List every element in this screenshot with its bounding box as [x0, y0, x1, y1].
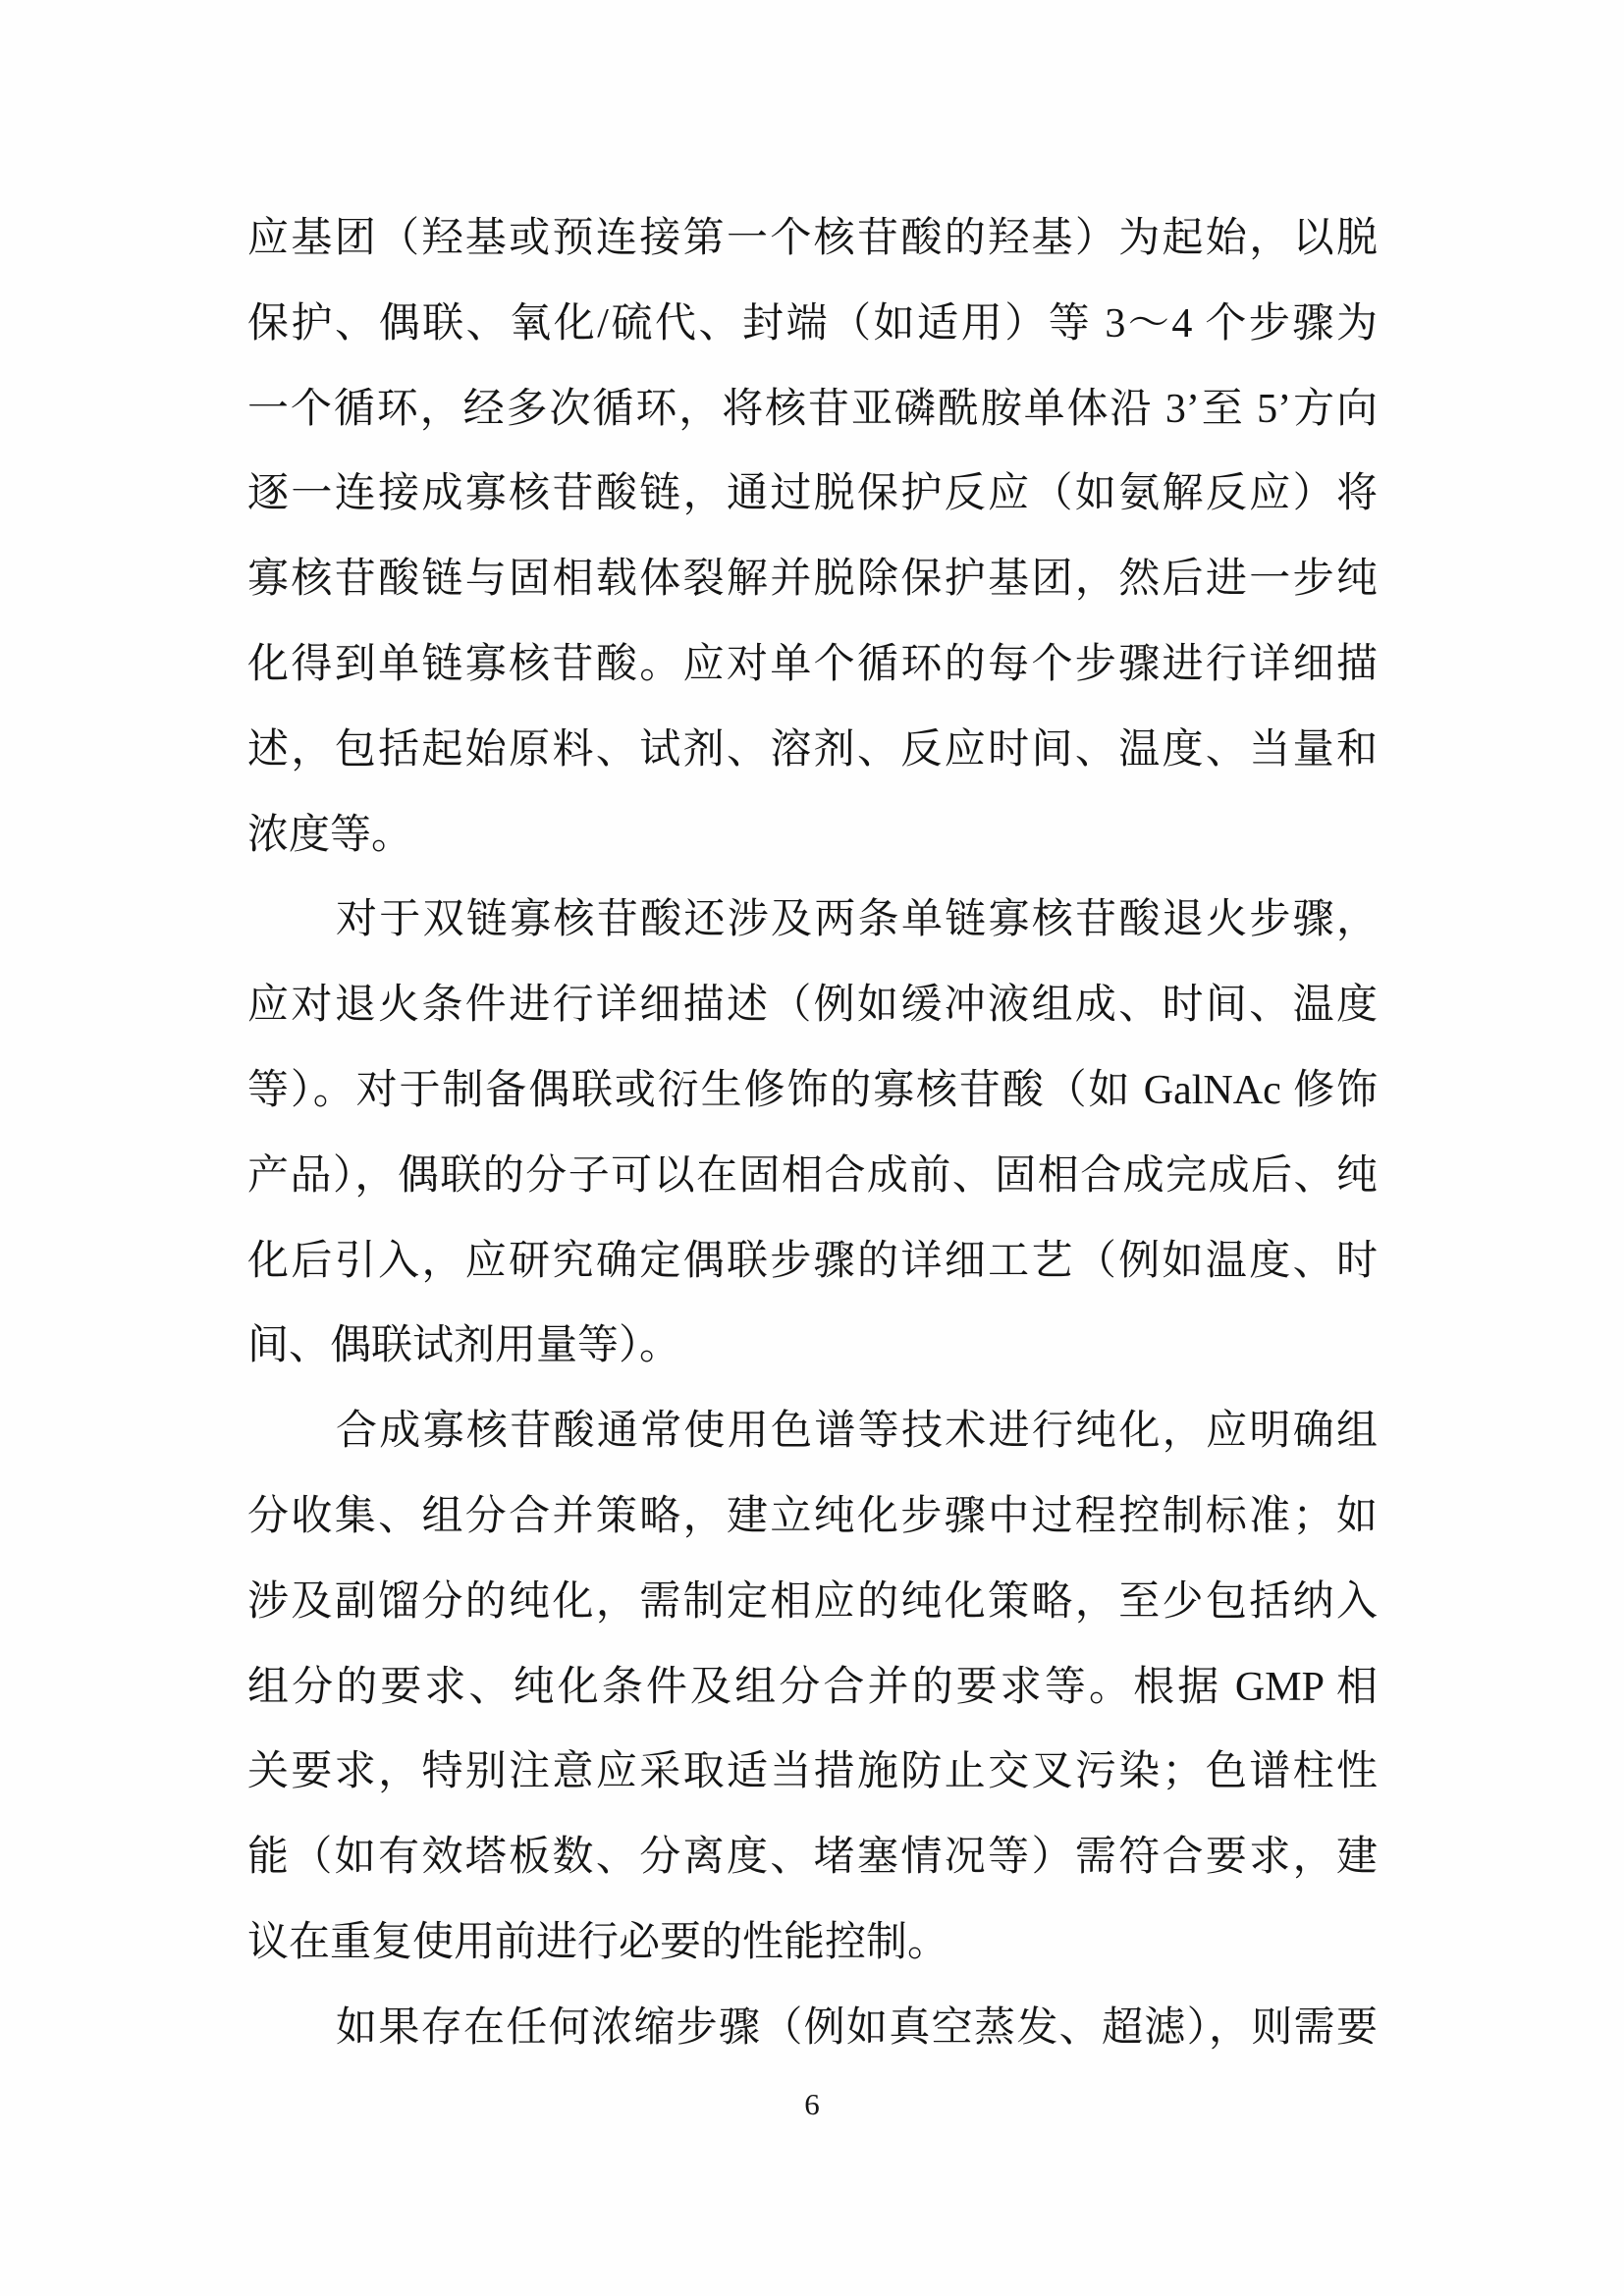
text-line: 一个循环，经多次循环，将核苷亚磷酰胺单体沿 3’至 5’方向 [247, 367, 1378, 453]
text-line: 能（如有效塔板数、分离度、堵塞情况等）需符合要求，建 [247, 1815, 1378, 1900]
text-line: 保护、偶联、氧化/硫代、封端（如适用）等 3～4 个步骤为 [247, 282, 1378, 367]
text-line: 如果存在任何浓缩步骤（例如真空蒸发、超滤），则需要 [247, 1986, 1378, 2071]
text-line: 组分的要求、纯化条件及组分合并的要求等。根据 GMP 相 [247, 1645, 1378, 1731]
text-line: 述，包括起始原料、试剂、溶剂、反应时间、温度、当量和 [247, 708, 1378, 793]
text-line: 关要求，特别注意应采取适当措施防止交叉污染；色谱柱性 [247, 1730, 1378, 1815]
text-line: 合成寡核苷酸通常使用色谱等技术进行纯化，应明确组 [247, 1389, 1378, 1474]
text-line: 化后引入，应研究确定偶联步骤的详细工艺（例如温度、时 [247, 1219, 1378, 1305]
text-line: 应基团（羟基或预连接第一个核苷酸的羟基）为起始，以脱 [247, 196, 1378, 282]
text-line: 等）。对于制备偶联或衍生修饰的寡核苷酸（如 GalNAc 修饰 [247, 1048, 1378, 1134]
document-page: 应基团（羟基或预连接第一个核苷酸的羟基）为起始，以脱 保护、偶联、氧化/硫代、封… [0, 0, 1624, 2296]
page-number: 6 [0, 2085, 1624, 2124]
text-line: 议在重复使用前进行必要的性能控制。 [247, 1900, 1378, 1986]
text-line: 涉及副馏分的纯化，需制定相应的纯化策略，至少包括纳入 [247, 1560, 1378, 1645]
text-line: 浓度等。 [247, 793, 1378, 879]
text-line: 寡核苷酸链与固相载体裂解并脱除保护基团，然后进一步纯 [247, 537, 1378, 622]
text-line: 间、偶联试剂用量等）。 [247, 1304, 1378, 1389]
text-line: 化得到单链寡核苷酸。应对单个循环的每个步骤进行详细描 [247, 622, 1378, 708]
text-line: 分收集、组分合并策略，建立纯化步骤中过程控制标准；如 [247, 1474, 1378, 1560]
text-line: 产品），偶联的分子可以在固相合成前、固相合成完成后、纯 [247, 1134, 1378, 1219]
text-line: 逐一连接成寡核苷酸链，通过脱保护反应（如氨解反应）将 [247, 452, 1378, 537]
text-line: 应对退火条件进行详细描述（例如缓冲液组成、时间、温度 [247, 963, 1378, 1048]
text-line: 对于双链寡核苷酸还涉及两条单链寡核苷酸退火步骤， [247, 878, 1378, 963]
document-body: 应基团（羟基或预连接第一个核苷酸的羟基）为起始，以脱 保护、偶联、氧化/硫代、封… [247, 196, 1378, 2071]
